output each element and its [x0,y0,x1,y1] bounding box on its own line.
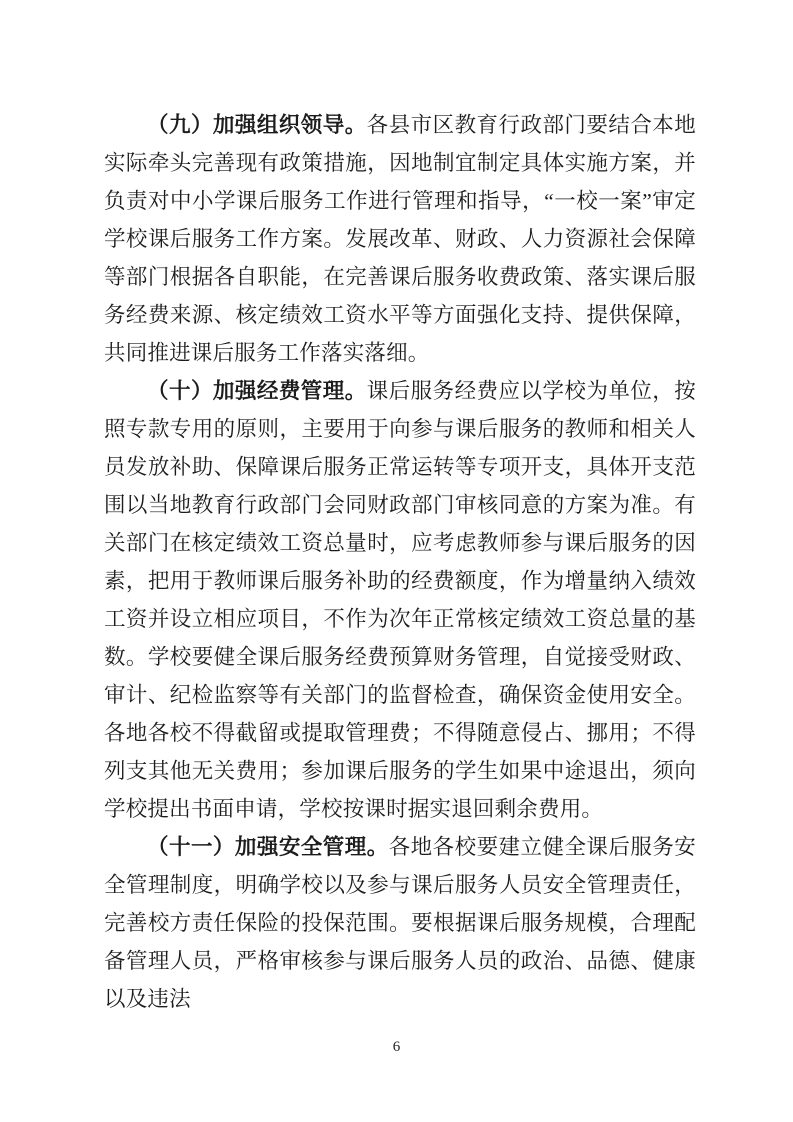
paragraph-10-heading: （十）加强经费管理。 [147,379,367,403]
document-body: （九）加强组织领导。各县市区教育行政部门要结合本地实际牵头完善现有政策措施，因地… [104,106,696,1018]
paragraph-9-heading: （九）加强组织领导。 [147,113,367,137]
paragraph-11-heading: （十一）加强安全管理。 [147,835,389,859]
page-number: 6 [393,1039,401,1055]
paragraph-10: （十）加强经费管理。课后服务经费应以学校为单位，按照专款专用的原则，主要用于向参… [104,372,696,828]
document-page: （九）加强组织领导。各县市区教育行政部门要结合本地实际牵头完善现有政策措施，因地… [0,0,793,1122]
paragraph-11: （十一）加强安全管理。各地各校要建立健全课后服务安全管理制度，明确学校以及参与课… [104,828,696,1018]
page-footer: 6 [0,1038,793,1056]
paragraph-9: （九）加强组织领导。各县市区教育行政部门要结合本地实际牵头完善现有政策措施，因地… [104,106,696,372]
paragraph-11-text: 各地各校要建立健全课后服务安全管理制度，明确学校以及参与课后服务人员安全管理责任… [104,835,696,1011]
paragraph-9-text: 各县市区教育行政部门要结合本地实际牵头完善现有政策措施，因地制宜制定具体实施方案… [104,113,696,365]
paragraph-10-text: 课后服务经费应以学校为单位，按照专款专用的原则，主要用于向参与课后服务的教师和相… [104,379,696,821]
